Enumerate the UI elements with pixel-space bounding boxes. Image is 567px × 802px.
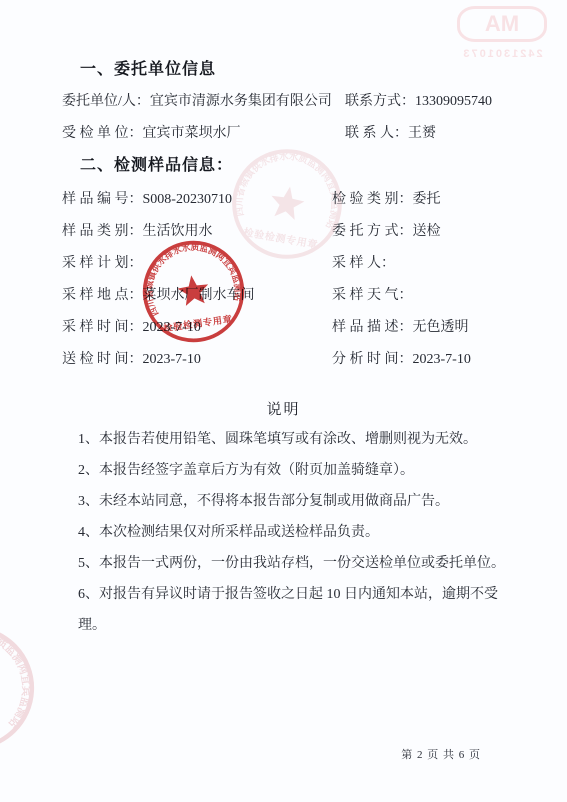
field-value: 13309095740 — [415, 94, 492, 109]
field-label: 采 样 人： — [332, 256, 395, 271]
cma-certificate-number: 2421301073 — [452, 48, 552, 60]
field-label: 送 检 时 间： — [62, 352, 143, 367]
table-row: 采 样 地 点：菜坝水厂制水车间 采 样 天 气： — [62, 280, 527, 312]
table-row: 委托单位/人：宜宾市清源水务集团有限公司 联系方式：13309095740 — [62, 86, 527, 118]
field-label: 采 样 地 点： — [62, 288, 143, 303]
field-label: 分 析 时 间： — [332, 352, 413, 367]
page-number: 第 2 页 共 6 页 — [401, 746, 481, 762]
note-item: 6、对报告有异议时请于报告签收之日起 10 日内通知本站，逾期不受理。 — [78, 579, 514, 641]
field-label: 联 系 人： — [345, 126, 408, 141]
field-value: 2023-7-10 — [413, 352, 471, 367]
note-item: 3、未经本站同意，不得将本报告部分复制或用做商品广告。 — [78, 486, 514, 517]
field-label: 采 样 计 划： — [62, 256, 143, 271]
official-seal-edge-bleed — [0, 598, 62, 778]
field-value: 无色透明 — [413, 320, 469, 335]
notes-list: 1、本报告若使用铅笔、圆珠笔填写或有涂改、增删则视为无效。 2、本报告经签字盖章… — [78, 424, 514, 641]
field-label: 采 样 天 气： — [332, 288, 413, 303]
table-row: 送 检 时 间：2023-7-10 分 析 时 间：2023-7-10 — [62, 344, 527, 376]
field-label: 联系方式： — [345, 94, 415, 109]
field-value: 2023-7-10 — [143, 352, 201, 367]
cma-ma-mark: MA — [457, 6, 547, 42]
note-item: 2、本报告经签字盖章后方为有效（附页加盖骑缝章）。 — [78, 455, 514, 486]
official-seal — [131, 229, 256, 354]
report-page: 四川省城镇供水排水水质监测网宜宾监测站 检验检测专用章 MA 242130107… — [0, 0, 567, 802]
notes-title: 说明 — [0, 398, 567, 419]
section1-rows: 委托单位/人：宜宾市清源水务集团有限公司 联系方式：13309095740 受 … — [62, 86, 527, 150]
field-label: 样 品 编 号： — [62, 192, 143, 207]
table-row: 采 样 时 间：2023-7-10 样 品 描 述：无色透明 — [62, 312, 527, 344]
field-label: 委 托 方 式： — [332, 224, 413, 239]
field-label: 采 样 时 间： — [62, 320, 143, 335]
field-label: 委托单位/人： — [62, 94, 150, 109]
field-value: 委托 — [413, 192, 441, 207]
field-value: 宜宾市菜坝水厂 — [143, 126, 241, 141]
field-value: 送检 — [413, 224, 441, 239]
field-value: 宜宾市清源水务集团有限公司 — [150, 94, 332, 109]
section2-heading: 二、检测样品信息： — [80, 152, 233, 175]
field-value: S008-20230710 — [143, 192, 232, 207]
field-value: 王赟 — [408, 126, 436, 141]
note-item: 4、本次检测结果仅对所采样品或送检样品负责。 — [78, 517, 514, 548]
field-label: 样 品 描 述： — [332, 320, 413, 335]
field-label: 受 检 单 位： — [62, 126, 143, 141]
section1-heading: 一、委托单位信息 — [80, 56, 216, 79]
note-item: 1、本报告若使用铅笔、圆珠笔填写或有涂改、增删则视为无效。 — [78, 424, 514, 455]
note-item: 5、本报告一式两份，一份由我站存档，一份交送检单位或委托单位。 — [78, 548, 514, 579]
cma-watermark: MA 2421301073 — [452, 6, 552, 60]
field-label: 样 品 类 别： — [62, 224, 143, 239]
